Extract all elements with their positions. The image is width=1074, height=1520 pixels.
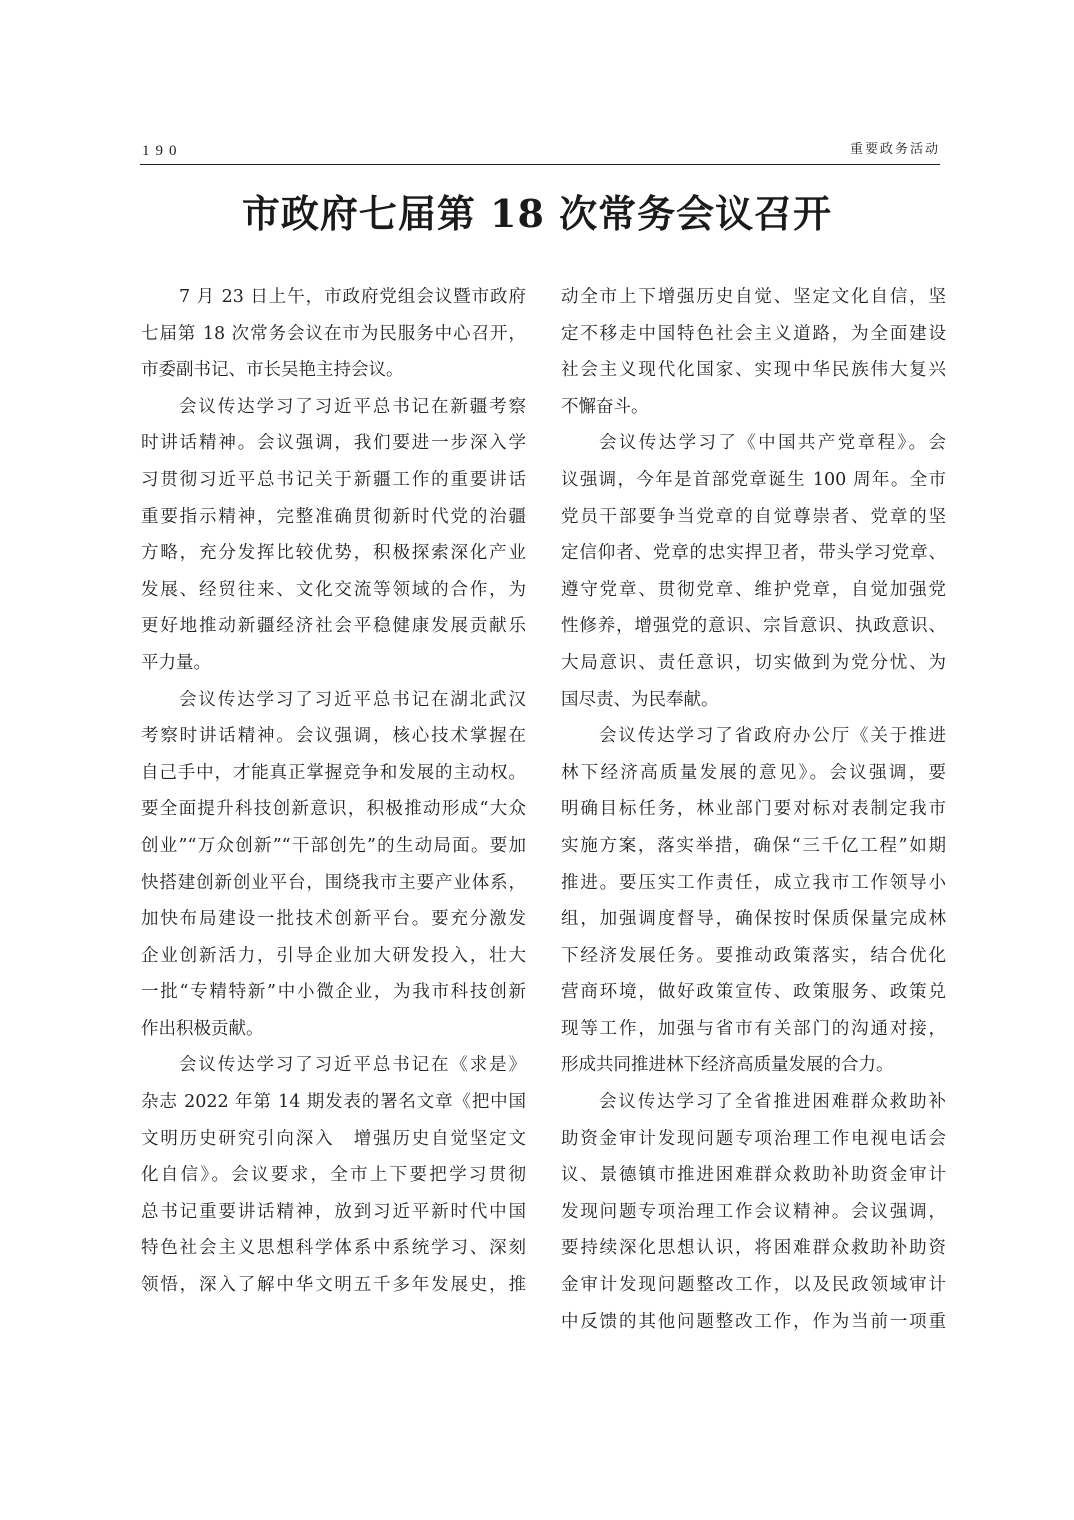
text-line: 动全市上下增强历史自觉、坚定文化自信，坚 <box>561 279 946 316</box>
text-line: 七届第 18 次常务会议在市为民服务中心召开， <box>141 316 526 353</box>
paragraph-first-line: 会议传达学习了习近平总书记在《求是》 <box>141 1047 526 1084</box>
text-line: 性修养，增强党的意识、宗旨意识、执政意识、 <box>561 608 946 645</box>
column-right: 动全市上下增强历史自觉、坚定文化自信，坚定不移走中国特色社会主义道路，为全面建设… <box>561 279 946 1340</box>
text-line: 推进。要压实工作责任，成立我市工作领导小 <box>561 865 946 902</box>
text-line: 形成共同推进林下经济高质量发展的合力。 <box>561 1047 946 1084</box>
page-number: 190 <box>142 143 183 160</box>
text-line: 特色社会主义思想科学体系中系统学习、深刻 <box>141 1230 526 1267</box>
article-title: 市政府七届第 18 次常务会议召开 <box>0 183 1074 238</box>
text-line: 社会主义现代化国家、实现中华民族伟大复兴 <box>561 352 946 389</box>
text-line: 议、景德镇市推进困难群众救助补助资金审计 <box>561 1157 946 1194</box>
text-line: 快搭建创新创业平台，围绕我市主要产业体系， <box>141 865 526 902</box>
text-line: 平力量。 <box>141 645 526 682</box>
paragraph-first-line: 7 月 23 日上午，市政府党组会议暨市政府 <box>141 279 526 316</box>
text-line: 总书记重要讲话精神，放到习近平新时代中国 <box>141 1194 526 1231</box>
text-line: 领悟，深入了解中华文明五千多年发展史，推 <box>141 1267 526 1304</box>
text-line: 一批“专精特新”中小微企业，为我市科技创新 <box>141 974 526 1011</box>
text-line: 习贯彻习近平总书记关于新疆工作的重要讲话 <box>141 462 526 499</box>
paragraph-first-line: 会议传达学习了习近平总书记在湖北武汉 <box>141 682 526 719</box>
text-line: 大局意识、责任意识，切实做到为党分忧、为 <box>561 645 946 682</box>
text-line: 自己手中，才能真正掌握竞争和发展的主动权。 <box>141 755 526 792</box>
text-line: 要全面提升科技创新意识，积极推动形成“大众 <box>141 791 526 828</box>
text-line: 遵守党章、贯彻党章、维护党章，自觉加强党 <box>561 572 946 609</box>
text-line: 化自信》。会议要求，全市上下要把学习贯彻 <box>141 1157 526 1194</box>
text-line: 下经济发展任务。要推动政策落实，结合优化 <box>561 938 946 975</box>
text-line: 方略，充分发挥比较优势，积极探索深化产业 <box>141 535 526 572</box>
text-line: 要持续深化思想认识，将困难群众救助补助资 <box>561 1230 946 1267</box>
text-line: 发展、经贸往来、文化交流等领域的合作，为 <box>141 572 526 609</box>
text-line: 组，加强调度督导，确保按时保质保量完成林 <box>561 901 946 938</box>
text-line: 党员干部要争当党章的自觉尊崇者、党章的坚 <box>561 499 946 536</box>
text-line: 更好地推动新疆经济社会平稳健康发展贡献乐 <box>141 608 526 645</box>
text-line: 不懈奋斗。 <box>561 389 946 426</box>
text-line: 企业创新活力，引导企业加大研发投入，壮大 <box>141 938 526 975</box>
text-line: 明确目标任务，林业部门要对标对表制定我市 <box>561 791 946 828</box>
text-line: 考察时讲话精神。会议强调，核心技术掌握在 <box>141 718 526 755</box>
text-line: 文明历史研究引向深入 增强历史自觉坚定文 <box>141 1121 526 1158</box>
text-line: 创业”“万众创新”“干部创先”的生动局面。要加 <box>141 828 526 865</box>
text-line: 杂志 2022 年第 14 期发表的署名文章《把中国 <box>141 1084 526 1121</box>
paragraph-first-line: 会议传达学习了《中国共产党章程》。会 <box>561 425 946 462</box>
text-line: 发现问题专项治理工作会议精神。会议强调， <box>561 1194 946 1231</box>
text-line: 定信仰者、党章的忠实捍卫者，带头学习党章、 <box>561 535 946 572</box>
column-left: 7 月 23 日上午，市政府党组会议暨市政府七届第 18 次常务会议在市为民服务… <box>141 279 526 1304</box>
paragraph-first-line: 会议传达学习了全省推进困难群众救助补 <box>561 1084 946 1121</box>
paragraph-first-line: 会议传达学习了习近平总书记在新疆考察 <box>141 389 526 426</box>
text-line: 作出积极贡献。 <box>141 1011 526 1048</box>
text-line: 营商环境，做好政策宣传、政策服务、政策兑 <box>561 974 946 1011</box>
text-line: 国尽责、为民奉献。 <box>561 682 946 719</box>
text-line: 中反馈的其他问题整改工作，作为当前一项重 <box>561 1304 946 1341</box>
text-line: 林下经济高质量发展的意见》。会议强调，要 <box>561 755 946 792</box>
running-head-section: 重要政务活动 <box>850 138 940 157</box>
text-line: 时讲话精神。会议强调，我们要进一步深入学 <box>141 425 526 462</box>
text-line: 助资金审计发现问题专项治理工作电视电话会 <box>561 1121 946 1158</box>
text-line: 加快布局建设一批技术创新平台。要充分激发 <box>141 901 526 938</box>
text-line: 重要指示精神，完整准确贯彻新时代党的治疆 <box>141 499 526 536</box>
text-line: 定不移走中国特色社会主义道路，为全面建设 <box>561 316 946 353</box>
text-line: 现等工作，加强与省市有关部门的沟通对接， <box>561 1011 946 1048</box>
header-rule <box>140 164 940 165</box>
paragraph-first-line: 会议传达学习了省政府办公厅《关于推进 <box>561 718 946 755</box>
text-line: 实施方案，落实举措，确保“三千亿工程”如期 <box>561 828 946 865</box>
text-line: 金审计发现问题整改工作，以及民政领域审计 <box>561 1267 946 1304</box>
text-line: 市委副书记、市长吴艳主持会议。 <box>141 352 526 389</box>
text-line: 议强调，今年是首部党章诞生 100 周年。全市 <box>561 462 946 499</box>
